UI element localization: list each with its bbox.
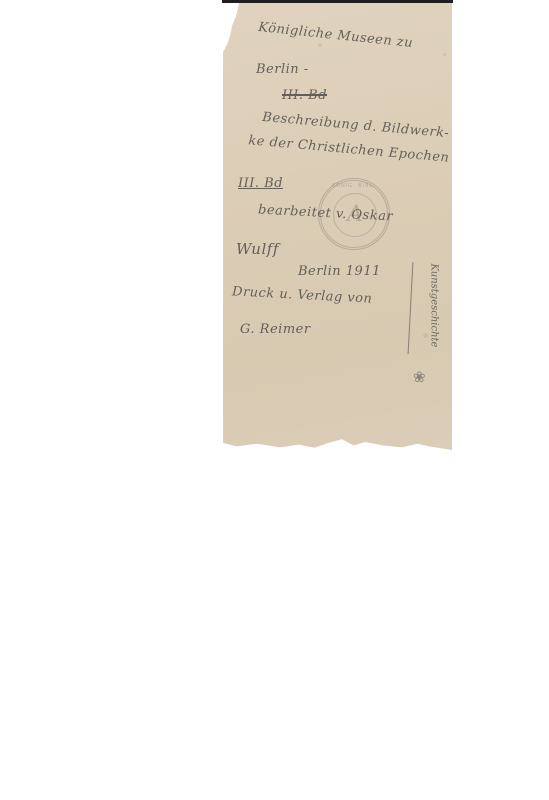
stain [423, 333, 428, 338]
margin-note: Kunstgeschichte [428, 264, 439, 348]
handwritten-line: Wulff [236, 240, 279, 258]
handwritten-line: Berlin 1911 [298, 264, 381, 279]
handwritten-line: Berlin - [256, 62, 309, 77]
stain [443, 53, 446, 56]
handwritten-line-struck: III. Bd [282, 88, 327, 103]
corner-mark: ❀ [413, 368, 426, 386]
stain [318, 43, 322, 47]
handwritten-line: III. Bd [238, 176, 283, 191]
handwritten-line: G. Reimer [240, 322, 311, 337]
scan-top-edge [222, 0, 453, 3]
stamp-text: KÖNIG. BIBL. [321, 183, 387, 189]
page: KÖNIG. BIBL. A Königliche Museen zu Berl… [0, 0, 549, 800]
